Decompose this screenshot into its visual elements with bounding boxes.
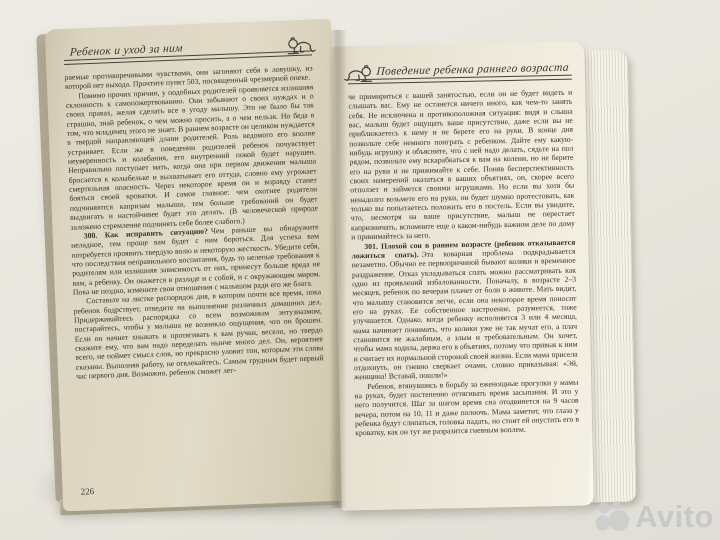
left-page-number: 226 (80, 486, 94, 497)
section-300-paragraph: 300. Как исправить ситуацию?Чем раньше в… (71, 222, 321, 297)
paragraph: Помимо прочих причин, у подобных родител… (65, 82, 318, 232)
section-301-paragraph: 301. Плохой сон в раннем возрасте (ребен… (351, 237, 578, 382)
paragraph: Ребенок, втянувшись в борьбу за еженощны… (354, 377, 579, 438)
avito-watermark-text: Avito (635, 501, 714, 532)
crawling-baby-icon (285, 35, 316, 56)
right-page: Поведение ребенка раннего возраста (332, 41, 594, 510)
left-page-content: Ребенок и уход за ним (63, 33, 328, 500)
section-301-text: Эта коварная проблема подкрадывается нез… (352, 246, 578, 381)
left-page: Ребенок и уход за ним (45, 19, 349, 512)
right-page-body: че примириться с вашей занятостью, если … (348, 88, 579, 438)
paragraph: Составьте на листке распорядок дня, в ко… (73, 288, 324, 382)
avito-circles-logo (594, 498, 630, 534)
right-page-content: Поведение ребенка раннего возраста (347, 56, 580, 501)
paragraph: че примириться с вашей занятостью, если … (348, 88, 575, 242)
left-page-body: раемые противоречивыми чувствами, они за… (65, 63, 325, 381)
avito-watermark: Avito (594, 498, 714, 534)
book-photo-scene: Ребенок и уход за ним (0, 0, 720, 540)
crawling-baby-icon (344, 64, 374, 85)
